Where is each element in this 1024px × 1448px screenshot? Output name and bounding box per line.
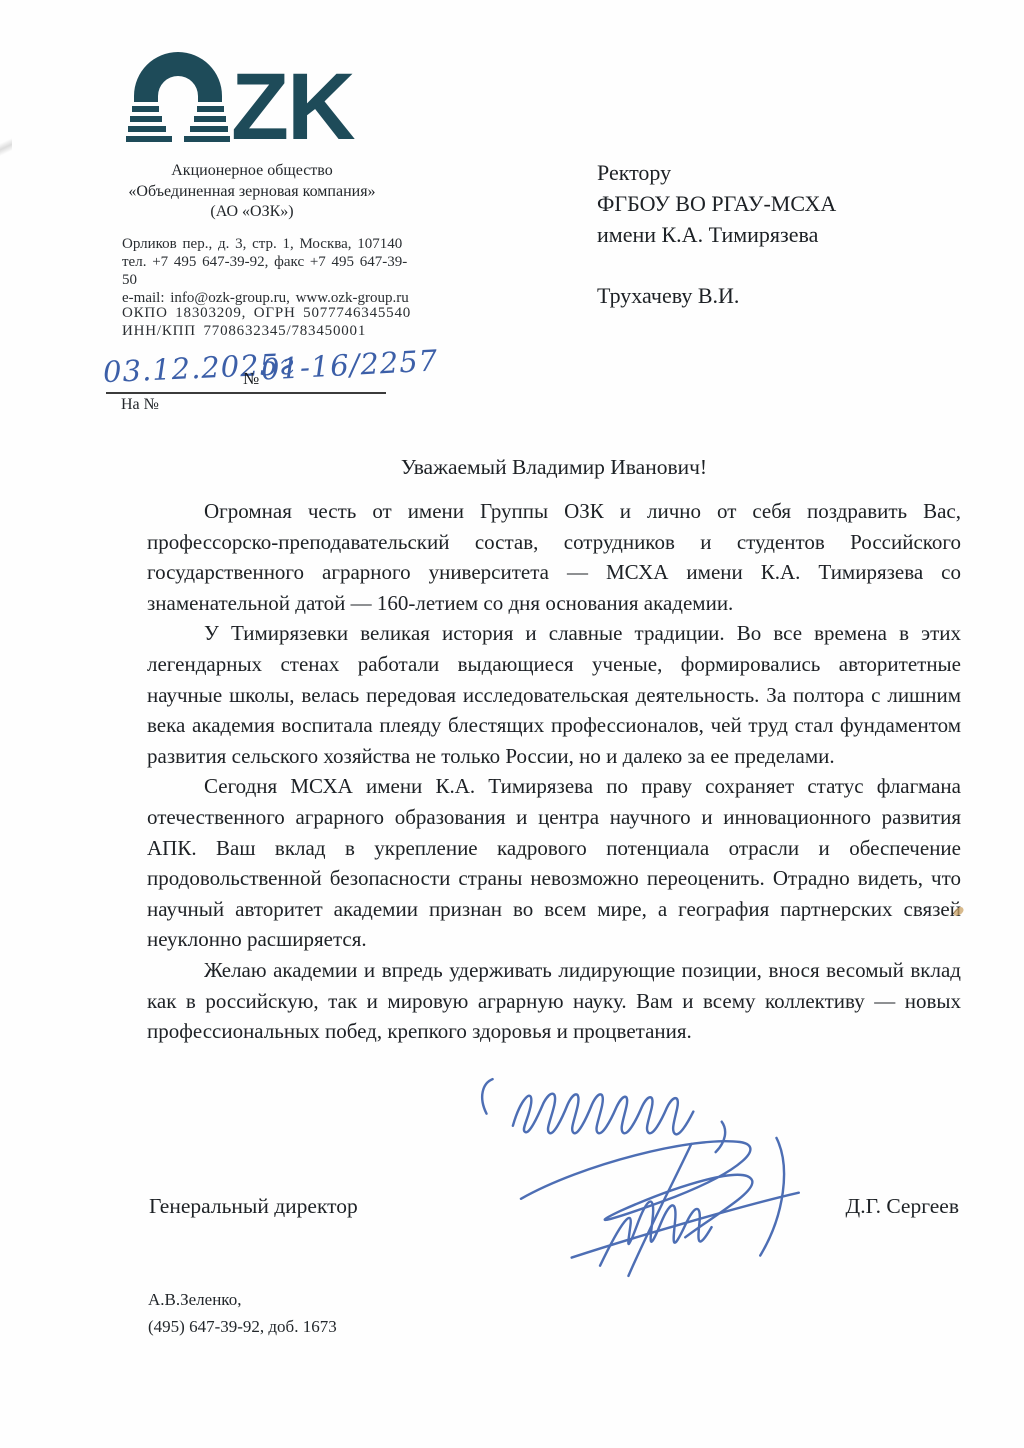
- footer-contact-block: А.В.Зеленко, (495) 647-39-92, доб. 1673: [148, 1286, 337, 1340]
- paragraph-1: Огромная честь от имени Группы ОЗК и лич…: [147, 496, 961, 618]
- company-address-block: Орликов пер., д. 3, стр. 1, Москва, 1071…: [122, 235, 422, 307]
- letter-body: Огромная честь от имени Группы ОЗК и лич…: [147, 496, 961, 1047]
- salutation: Уважаемый Владимир Иванович!: [147, 455, 961, 480]
- registration-line: ИНН/КПП 7708632345/783450001: [122, 322, 432, 340]
- ozk-logo: ZK: [126, 50, 364, 152]
- recipient-line: имени К.А. Тимирязева: [597, 219, 977, 250]
- signoff-name: Д.Г. Сергеев: [846, 1194, 959, 1219]
- recipient-name: Трухачеву В.И.: [597, 280, 977, 311]
- paragraph-2: У Тимирязевки великая история и славные …: [147, 618, 961, 771]
- signature-word-scribble: [513, 1094, 693, 1135]
- registration-line: ОКПО 18303209, ОГРН 5077746345540: [122, 304, 432, 322]
- signoff-position-title: Генеральный директор: [149, 1194, 358, 1219]
- company-name-line: «Объединенная зерновая компания»: [100, 182, 404, 203]
- ref-number-symbol: №: [243, 369, 259, 389]
- signature-scribble: [450, 1076, 815, 1281]
- footer-contact-phone: (495) 647-39-92, доб. 1673: [148, 1313, 337, 1340]
- company-name-line: Акционерное общество: [100, 161, 404, 182]
- scan-edge-mark: [0, 118, 12, 176]
- company-registration-block: ОКПО 18303209, ОГРН 5077746345540 ИНН/КП…: [122, 304, 432, 340]
- address-line: тел. +7 495 647-39-92, факс +7 495 647-3…: [122, 253, 422, 289]
- address-line: Орликов пер., д. 3, стр. 1, Москва, 1071…: [122, 235, 422, 253]
- ref-underline: [106, 392, 386, 394]
- ozk-logo-zk-letters: ZK: [231, 54, 355, 152]
- paragraph-4: Желаю академии и впредь удерживать лидир…: [147, 955, 961, 1047]
- recipient-block: Ректору ФГБОУ ВО РГАУ-МСХА имени К.А. Ти…: [597, 157, 977, 311]
- footer-contact-name: А.В.Зеленко,: [148, 1286, 337, 1313]
- paragraph-3: Сегодня МСХА имени К.А. Тимирязева по пр…: [147, 771, 961, 955]
- company-name-block: Акционерное общество «Объединенная зерно…: [100, 161, 404, 223]
- signature-comma: [716, 1122, 726, 1152]
- scanned-letter-page: ZK Акционерное общество «Объединенная зе…: [0, 0, 1024, 1448]
- reply-to-label: На №: [121, 396, 159, 414]
- recipient-line: Ректору: [597, 157, 977, 188]
- signoff-row: Генеральный директор Д.Г. Сергеев: [149, 1194, 959, 1219]
- recipient-line: ФГБОУ ВО РГАУ-МСХА: [597, 188, 977, 219]
- ozk-logo-o-icon: [126, 52, 230, 142]
- company-name-line: (АО «ОЗК»): [100, 202, 404, 223]
- signature-initial-stroke: [482, 1079, 492, 1113]
